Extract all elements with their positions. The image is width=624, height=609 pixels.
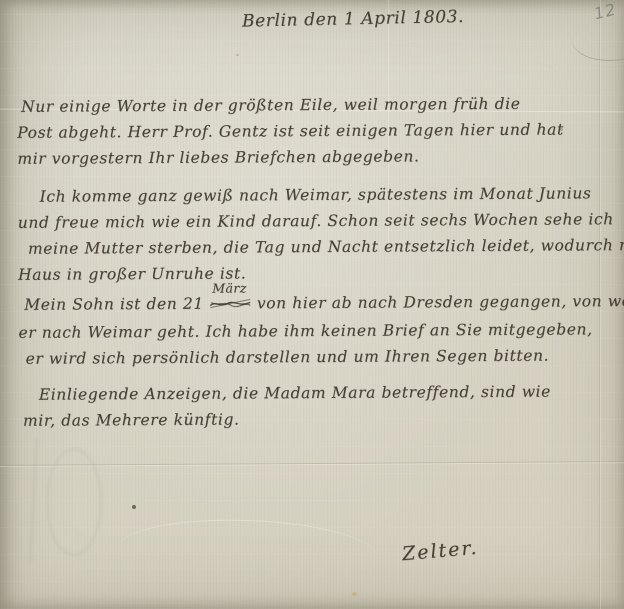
letter-page: 12 Berlin den 1 April 1803. Nur einige W…: [0, 0, 624, 609]
body-line: mir, das Mehrere künftig.: [19, 404, 609, 434]
pencil-stroke: [568, 29, 624, 65]
body-line-with-correction: Mein Sohn ist den 21 März von hier ab na…: [18, 288, 608, 320]
body-line: Nur einige Worte in der größten Eile, we…: [17, 90, 607, 120]
watermark-oval: [46, 448, 102, 556]
correction-word: März: [212, 275, 247, 301]
inline-correction: März: [209, 290, 251, 318]
body-line: und freue mich wie ein Kind darauf. Scho…: [18, 206, 608, 236]
paper-speck: [236, 54, 239, 56]
letter-body: Nur einige Worte in der größten Eile, we…: [17, 90, 609, 434]
watermark-bar: [29, 438, 39, 564]
body-text: von hier ab nach Dresden gegangen, von w…: [251, 292, 624, 312]
dateline: Berlin den 1 April 1803.: [242, 4, 582, 31]
horizontal-fold-crease: [0, 461, 624, 466]
body-line: mir vorgestern Ihr liebes Briefchen abge…: [17, 142, 607, 172]
signature: Zelter.: [401, 537, 479, 566]
folio-number-annotation: 12: [592, 0, 618, 23]
body-line: Ich komme ganz gewiß nach Weimar, spätes…: [18, 180, 608, 210]
body-text: Mein Sohn ist den 21: [24, 295, 209, 314]
curved-crease: [117, 515, 378, 565]
paper-speck: [352, 592, 357, 596]
body-line: Einliegende Anzeigen, die Madam Mara bet…: [19, 378, 609, 408]
body-line: er wird sich persönlich darstellen und u…: [19, 342, 609, 372]
paper-speck: [132, 505, 136, 509]
body-line: Haus in großer Unruhe ist.: [18, 258, 608, 288]
body-line: meine Mutter sterben, die Tag und Nacht …: [18, 232, 608, 262]
body-line: Post abgeht. Herr Prof. Gentz ist seit e…: [17, 116, 607, 146]
body-line: er nach Weimar geht. Ich habe ihm keinen…: [18, 316, 608, 346]
watermark: [18, 430, 128, 580]
